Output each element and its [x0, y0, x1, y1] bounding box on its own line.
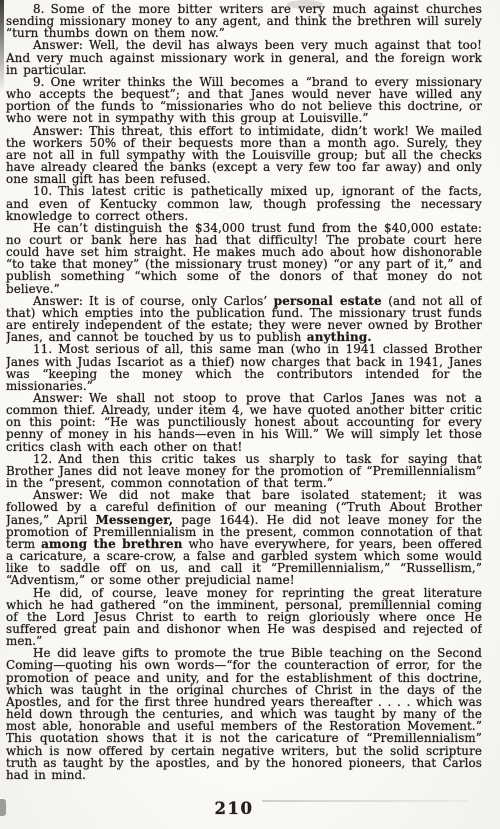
paragraph: Answer: It is of course, only Carlos’ pe…: [6, 295, 482, 344]
text-run: Answer: We shall not stoop to prove that…: [6, 391, 482, 454]
text-run: Answer: This threat, this effort to inti…: [6, 124, 482, 187]
article-body: 8. Some of the more bitter writers are v…: [6, 3, 482, 791]
paragraph: He did leave gifts to promote the true B…: [6, 647, 482, 781]
paragraph: He did, of course, leave money for repri…: [6, 587, 482, 648]
scan-edge-shadow: [0, 0, 4, 92]
page-number: 210: [0, 799, 468, 818]
text-run: He did, of course, leave money for repri…: [6, 586, 482, 649]
paragraph: He can’t distinguish the $34,000 trust f…: [6, 222, 482, 295]
paragraph: 8. Some of the more bitter writers are v…: [6, 3, 482, 39]
paragraph: Answer: We did not make that bare isolat…: [6, 489, 482, 586]
text-run: He can’t distinguish the $34,000 trust f…: [6, 221, 482, 296]
paragraph: 10. This latest critic is pathetically m…: [6, 185, 482, 221]
paragraph: 12. And then this critic takes us sharpl…: [6, 453, 482, 489]
text-run: Answer: Well, the devil has always been …: [6, 38, 482, 76]
paragraph: 9. One writer thinks the Will becomes a …: [6, 76, 482, 125]
paragraph: 11. Most serious of all, this same man (…: [6, 343, 482, 392]
text-run: 12. And then this critic takes us sharpl…: [6, 452, 482, 490]
text-run: 8. Some of the more bitter writers are v…: [6, 3, 482, 40]
paragraph: Answer: This threat, this effort to inti…: [6, 125, 482, 186]
paragraph: Answer: We shall not stoop to prove that…: [6, 392, 482, 453]
text-run: 9. One writer thinks the Will becomes a …: [6, 75, 482, 125]
text-run: 11. Most serious of all, this same man (…: [6, 342, 482, 392]
paragraph: Answer: Well, the devil has always been …: [6, 39, 482, 75]
text-run: 10. This latest critic is pathetically m…: [6, 184, 482, 222]
scanned-document-page: 8. Some of the more bitter writers are v…: [0, 0, 500, 829]
text-run: He did leave gifts to promote the true B…: [6, 646, 482, 782]
